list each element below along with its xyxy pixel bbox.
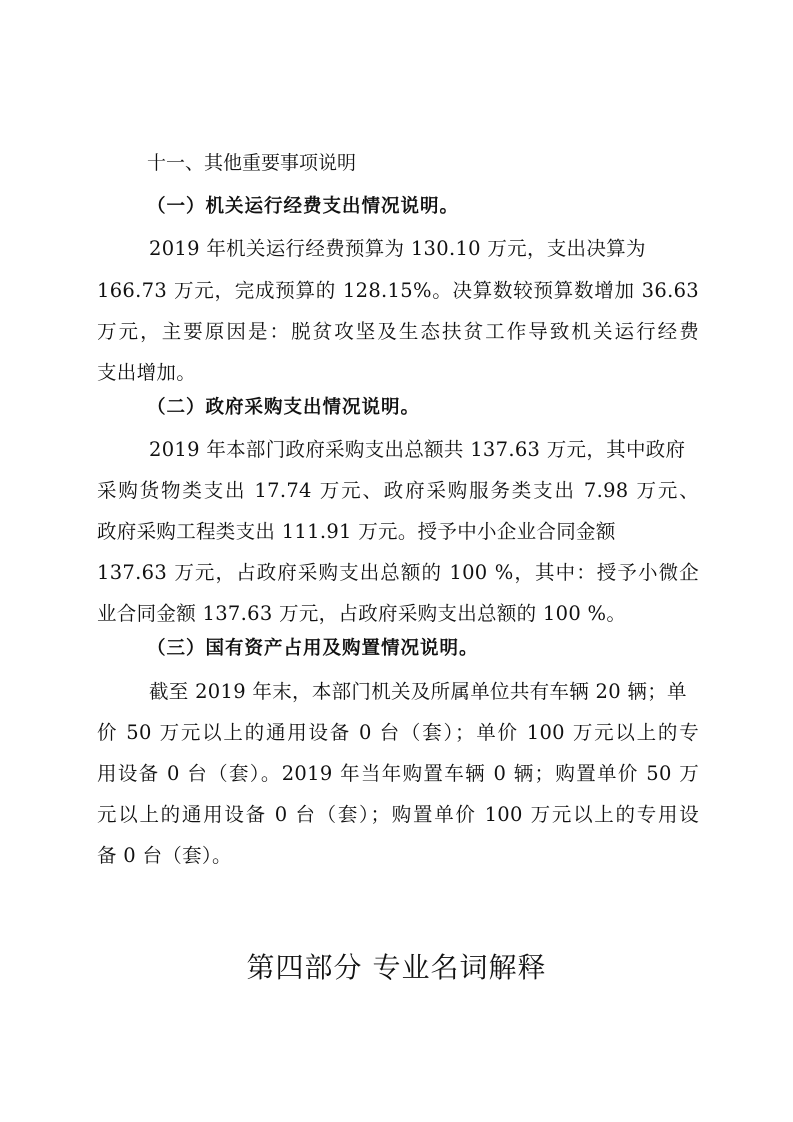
paragraph-line: 元以上的通用设备 0 台（套）；购置单价 100 万元以上的专用设 [97, 803, 699, 827]
paragraph-line: 用设备 0 台（套）。2019 年当年购置车辆 0 辆；购置单价 50 万 [97, 762, 699, 786]
paragraph-line: 137.63 万元，占政府采购支出总额的 100 %，其中：授予小微企 [97, 561, 699, 585]
paragraph-line: 采购货物类支出 17.74 万元、政府采购服务类支出 7.98 万元、 [97, 479, 699, 503]
subsection-heading-2: （二）政府采购支出情况说明。 [147, 396, 420, 420]
paragraph-line: 截至 2019 年末，本部门机关及所属单位共有车辆 20 辆；单 [149, 680, 687, 704]
paragraph-line: 2019 年本部门政府采购支出总额共 137.63 万元，其中政府 [149, 438, 685, 462]
paragraph-line: 政府采购工程类支出 111.91 万元。授予中小企业合同金额 [97, 520, 616, 544]
paragraph-line: 支出增加。 [97, 361, 196, 385]
paragraph-line: 166.73 万元，完成预算的 128.15%。决算数较预算数增加 36.63 [97, 279, 699, 303]
paragraph-line: 2019 年机关运行经费预算为 130.10 万元，支出决算为 [149, 237, 646, 261]
paragraph-line: 业合同金额 137.63 万元，占政府采购支出总额的 100 %。 [97, 602, 626, 626]
paragraph-line: 万元，主要原因是：脱贫攻坚及生态扶贫工作导致机关运行经费 [97, 320, 699, 344]
paragraph-line: 价 50 万元以上的通用设备 0 台（套）；单价 100 万元以上的专 [97, 721, 699, 745]
part-title: 第四部分 专业名词解释 [0, 946, 793, 986]
section-heading: 十一、其他重要事项说明 [147, 151, 356, 175]
paragraph-line: 备 0 台（套）。 [97, 844, 232, 868]
subsection-heading-3: （三）国有资产占用及购置情况说明。 [147, 637, 479, 661]
subsection-heading-1: （一）机关运行经费支出情况说明。 [147, 195, 459, 219]
